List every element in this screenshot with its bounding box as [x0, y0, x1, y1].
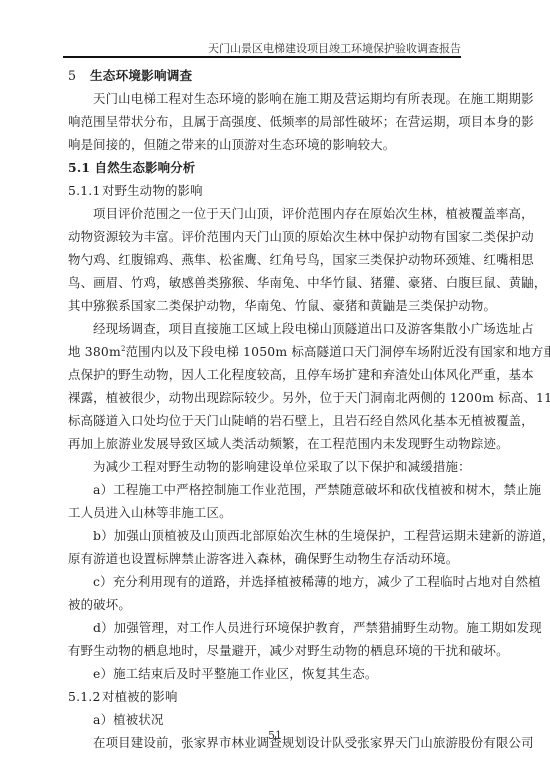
list-item-line: 原有游道也设置标牌禁止游客进入森林，确保野生动物生存活动环境。 [68, 547, 478, 570]
text-segment: 地 380m [68, 344, 121, 359]
section-number: 5 [68, 64, 90, 87]
section-number: 5.1.1 [68, 179, 102, 202]
list-item-line: 工人员进入山林等非施工区。 [68, 501, 478, 524]
paragraph-line: 响是间接的，但随之带来的山顶游对生态环境的影响较大。 [68, 133, 478, 156]
section-title: 生态环境影响调查 [90, 68, 192, 83]
paragraph-line: 裸露，植被很少，动物出现踪际较少。另外，位于天门洞南北两侧的 1200m 标高、… [68, 386, 478, 409]
list-item-line: b）加强山顶植被及山顶西北部原始次生林的生境保护，工程营运期未建新的游道， [68, 524, 478, 547]
measure-item-e: e）施工结束后及时平整施工作业区，恢复其生态。 [68, 662, 478, 685]
measure-item-c: c）充分利用现有的道路，并选择植被稀薄的地方，减少了工程临时占地对自然植 被的破… [68, 570, 478, 616]
list-item-line: a）工程施工中严格控制施工作业范围，严禁随意破坏和砍伐植被和树木，禁止施 [68, 478, 478, 501]
document-title: 天门山景区电梯建设项目竣工环境保护验收调查报告 [208, 40, 461, 56]
paragraph-line: 地 380m2范围内以及下段电梯 1050m 标高隧道口天门洞停车场附近没有国家… [68, 340, 478, 363]
paragraph-line: 其中猕猴系国家二类保护动物，华南兔、竹鼠、豪猪和黄鼬是三类保护动物。 [68, 294, 478, 317]
list-item-line: c）充分利用现有的道路，并选择植被稀薄的地方，减少了工程临时占地对自然植 [68, 570, 478, 593]
wildlife-paragraph-1: 项目评价范围之一位于天门山顶，评价范围内存在原始次生林，植被覆盖率高， 动物资源… [68, 202, 478, 317]
section-heading-5-1-1: 5.1.1对野生动物的影响 [68, 179, 478, 202]
measure-item-a: a）工程施工中严格控制施工作业范围，严禁随意破坏和砍伐植被和树木，禁止施 工人员… [68, 478, 478, 524]
paragraph-line: 鸟、画眉、竹鸡，敏感兽类猕猴、华南兔、中华竹鼠、猪獾、豪猪、白腹巨鼠、黄鼬， [68, 271, 478, 294]
list-item-line: e）施工结束后及时平整施工作业区，恢复其生态。 [68, 662, 478, 685]
page-body: 5生态环境影响调查 天门山电梯工程对生态环境的影响在施工期及营运期均有所表现。在… [68, 64, 478, 754]
list-item-line: 有野生动物的栖息地时，尽量避开，减少对野生动物的栖息环境的干扰和破坏。 [68, 639, 478, 662]
paragraph-line: 响范围呈带状分布，且属于高强度、低频率的局部性破坏；在营运期，项目本身的影 [68, 110, 478, 133]
section-heading-5-1-2: 5.1.2对植被的影响 [68, 685, 478, 708]
list-item-line: d）加强管理，对工作人员进行环境保护教育，严禁猎捕野生动物。施工期如发现 [68, 616, 478, 639]
list-item-line: 被的破坏。 [68, 593, 478, 616]
paragraph-line: 点保护的野生动物，因人工化程度较高，且停车场扩建和弃渣处山体风化严重，基本 [68, 363, 478, 386]
subheading-vegetation-status: a）植被状况 [68, 708, 478, 731]
paragraph-line: 经现场调查，项目直接施工区域上段电梯山顶隧道出口及游客集散小广场选址占 [68, 317, 478, 340]
paragraph-line: 标高隧道入口处均位于天门山陡峭的岩石壁上，且岩石经自然风化基本无植被覆盖， [68, 409, 478, 432]
paragraph-line: 动物资源较为丰富。评价范围内天门山顶的原始次生林中保护动物有国家二类保护动 [68, 225, 478, 248]
section-number: 5.1.2 [68, 685, 102, 708]
wildlife-paragraph-2: 经现场调查，项目直接施工区域上段电梯山顶隧道出口及游客集散小广场选址占 地 38… [68, 317, 478, 455]
text-segment: 范围内以及下段电梯 1050m 标高隧道口天门洞停车场附近没有国家和地方重 [126, 344, 550, 359]
section-title: 对野生动物的影响 [102, 183, 203, 198]
section-heading-5-1: 5.1 自然生态影响分析 [68, 156, 478, 179]
paragraph-line: 项目评价范围之一位于天门山顶，评价范围内存在原始次生林，植被覆盖率高， [68, 202, 478, 225]
measures-intro: 为减少工程对野生动物的影响建设单位采取了以下保护和减缓措施： [68, 455, 478, 478]
paragraph-line: 再加上旅游业发展导致区域人类活动频繁，在工程范围内未发现野生动物踪迹。 [68, 432, 478, 455]
measure-item-d: d）加强管理，对工作人员进行环境保护教育，严禁猎捕野生动物。施工期如发现 有野生… [68, 616, 478, 662]
section-title: 对植被的影响 [102, 689, 178, 704]
page-number: 51 [0, 729, 550, 742]
measure-item-b: b）加强山顶植被及山顶西北部原始次生林的生境保护，工程营运期未建新的游道， 原有… [68, 524, 478, 570]
paragraph-line: 天门山电梯工程对生态环境的影响在施工期及营运期均有所表现。在施工期期影 [68, 87, 478, 110]
page-header: 天门山景区电梯建设项目竣工环境保护验收调查报告 [63, 38, 461, 58]
intro-paragraph: 天门山电梯工程对生态环境的影响在施工期及营运期均有所表现。在施工期期影 响范围呈… [68, 87, 478, 156]
paragraph-line: 物勺鸡、红腹锦鸡、燕隼、松雀鹰、红角号鸟，国家三类保护动物环颈雉、红嘴相思 [68, 248, 478, 271]
section-heading-5: 5生态环境影响调查 [68, 64, 478, 87]
